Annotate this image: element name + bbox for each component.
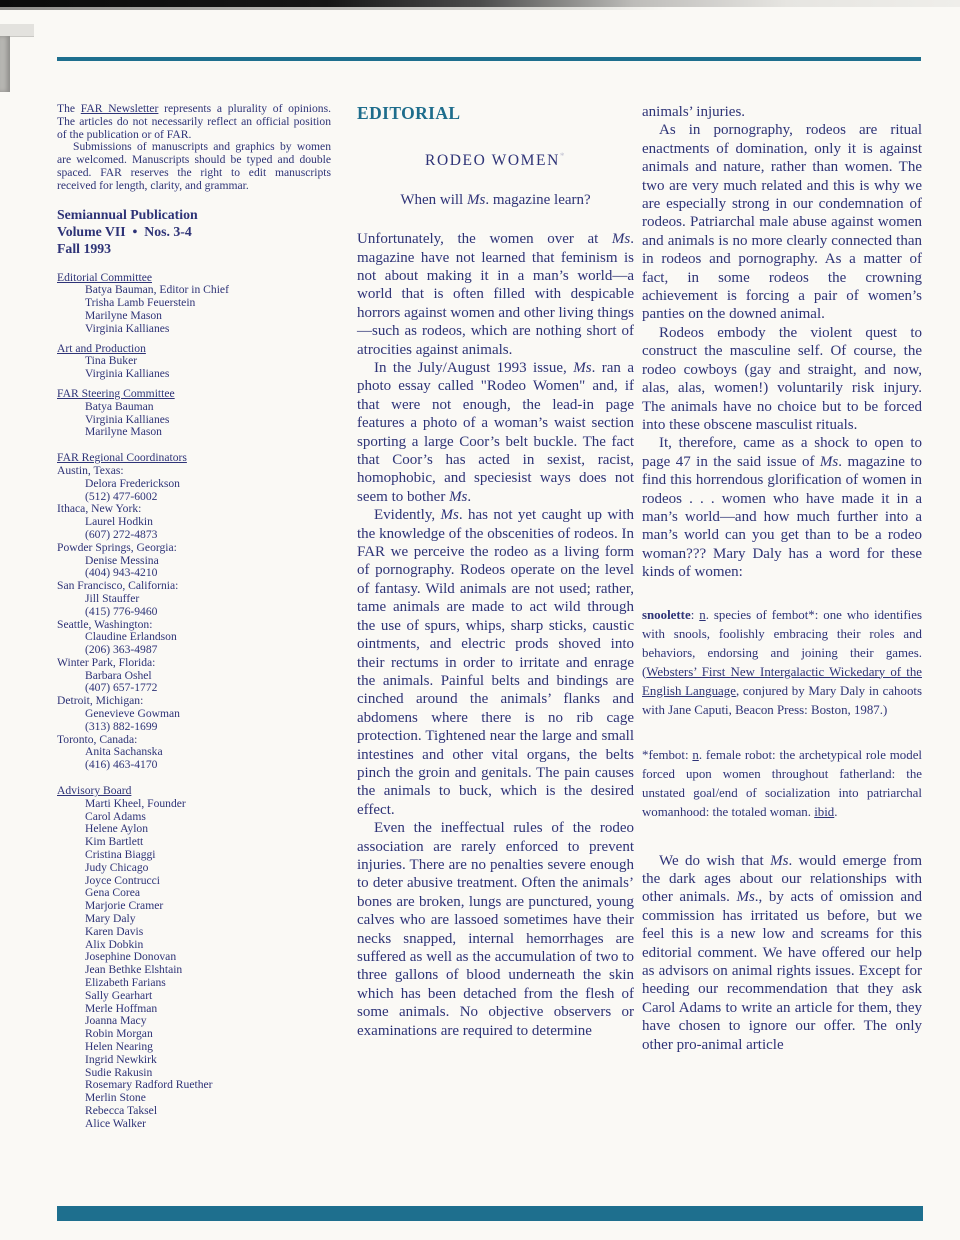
bottom-rule	[57, 1206, 923, 1221]
text-segment: n	[692, 748, 698, 762]
publication-frequency: Semiannual Publication	[57, 206, 331, 223]
text-segment: Ms	[612, 231, 630, 247]
committee-member: Virginia Kallianes	[57, 368, 331, 381]
committee-lists: Editorial CommitteeBatya Bauman, Editor …	[57, 272, 331, 440]
article-body-col2: animals’ injuries.As in pornography, rod…	[642, 103, 922, 1054]
coordinator-phone: (415) 776-9460	[57, 606, 331, 619]
coordinator-city: San Francisco, California:	[57, 580, 331, 593]
advisory-member: Sally Gearhart	[57, 990, 331, 1003]
coordinator-city: Powder Springs, Georgia:	[57, 542, 331, 555]
text-segment: Ms	[467, 192, 485, 208]
advisory-member: Ingrid Newkirk	[57, 1054, 331, 1067]
article-paragraph: Evidently, Ms. has not yet caught up wit…	[357, 506, 634, 819]
scan-artifact-top-shadow	[0, 7, 672, 10]
text-segment: Ms	[449, 489, 467, 505]
article-paragraph: In the July/August 1993 issue, Ms. ran a…	[357, 359, 634, 506]
footnote-block: *fembot: n. female robot: the archetypic…	[642, 746, 922, 822]
coordinator-city: Winter Park, Florida:	[57, 657, 331, 670]
issue-date: Fall 1993	[57, 240, 331, 257]
advisory-board: Advisory BoardMarti Kheel, FounderCarol …	[57, 785, 331, 1131]
article-paragraph: As in pornography, rodeos are ritual ena…	[642, 121, 922, 323]
masthead-paragraph: The FAR Newsletter represents a pluralit…	[57, 103, 331, 141]
advisory-member: Marti Kheel, Founder	[57, 798, 331, 811]
coordinator-city: Austin, Texas:	[57, 465, 331, 478]
committee-group: Art and ProductionTina BukerVirginia Kal…	[57, 343, 331, 381]
regional-coordinators: FAR Regional CoordinatorsAustin, Texas:D…	[57, 452, 331, 772]
committee-member: Marilyne Mason	[57, 426, 331, 439]
committee-member: Batya Bauman	[57, 401, 331, 414]
committee-title: FAR Steering Committee	[57, 388, 331, 401]
advisory-member: Judy Chicago	[57, 862, 331, 875]
text-segment: Ms	[736, 889, 754, 905]
advisory-member: Cristina Biaggi	[57, 849, 331, 862]
article-title: RODEO WOMEN*	[357, 151, 634, 170]
article-body-col1: Unfortunately, the women over at Ms. mag…	[357, 230, 634, 1040]
scan-artifact-left-notch	[0, 36, 10, 92]
text-segment: Ms	[820, 454, 838, 470]
committee-member: Virginia Kallianes	[57, 323, 331, 336]
scan-artifact-top-edge	[0, 0, 960, 7]
coordinator-name: Genevieve Gowman	[57, 708, 331, 721]
coordinator-name: Laurel Hodkin	[57, 516, 331, 529]
masthead-column: The FAR Newsletter represents a pluralit…	[57, 103, 331, 1131]
masthead-paragraph: Submissions of manuscripts and graphics …	[57, 141, 331, 192]
article-paragraph: Rodeos embody the violent quest to const…	[642, 324, 922, 434]
committee-group: Editorial CommitteeBatya Bauman, Editor …	[57, 272, 331, 336]
advisory-member: Karen Davis	[57, 926, 331, 939]
advisory-member: Rebecca Taksel	[57, 1105, 331, 1118]
committee-group: FAR Steering CommitteeBatya BaumanVirgin…	[57, 388, 331, 439]
coordinator-phone: (607) 272-4873	[57, 529, 331, 542]
article-paragraph: It, therefore, came as a shock to open t…	[642, 434, 922, 581]
coordinator-phone: (313) 882-1699	[57, 721, 331, 734]
title-asterisk-mark: *	[560, 151, 566, 161]
advisory-title: Advisory Board	[57, 785, 331, 798]
editorial-column-2: animals’ injuries.As in pornography, rod…	[642, 103, 922, 1054]
text-segment: FAR Newsletter	[81, 102, 159, 115]
coordinator-name: Delora Frederickson	[57, 478, 331, 491]
top-rule	[57, 57, 921, 61]
text-segment: snoolette	[642, 608, 691, 622]
editorial-column-1: EDITORIAL RODEO WOMEN* When will Ms. mag…	[357, 103, 634, 1040]
masthead-about: The FAR Newsletter represents a pluralit…	[57, 103, 331, 193]
text-segment: ibid	[814, 805, 834, 819]
coordinator-name: Jill Stauffer	[57, 593, 331, 606]
committee-member: Marilyne Mason	[57, 310, 331, 323]
newsletter-page: The FAR Newsletter represents a pluralit…	[0, 0, 960, 1240]
advisory-member: Mary Daly	[57, 913, 331, 926]
advisory-member: Helen Nearing	[57, 1041, 331, 1054]
text-segment: Ms	[770, 853, 788, 869]
article-paragraph: animals’ injuries.	[642, 103, 922, 121]
advisory-member: Alice Walker	[57, 1118, 331, 1131]
text-segment: Ms	[573, 360, 591, 376]
text-segment: Websters’ First New Intergalactic Wicked…	[642, 665, 922, 698]
publication-info: Semiannual Publication Volume VII • Nos.…	[57, 206, 331, 257]
definition-block: snoolette: n. species of fembot*: one wh…	[642, 606, 922, 720]
advisory-member: Elizabeth Farians	[57, 977, 331, 990]
article-paragraph: Unfortunately, the women over at Ms. mag…	[357, 230, 634, 359]
coordinator-phone: (206) 363-4987	[57, 644, 331, 657]
article-subtitle: When will Ms. magazine learn?	[357, 192, 634, 209]
article-paragraph: Even the ineffectual rules of the rodeo …	[357, 819, 634, 1040]
editorial-heading: EDITORIAL	[357, 103, 634, 124]
volume-issue: Volume VII • Nos. 3-4	[57, 223, 331, 240]
article-title-text: RODEO WOMEN	[425, 152, 560, 169]
text-segment: Ms	[440, 507, 458, 523]
text-segment: n	[699, 608, 705, 622]
article-paragraph: We do wish that Ms. would emerge from th…	[642, 852, 922, 1054]
coordinator-phone: (416) 463-4170	[57, 759, 331, 772]
